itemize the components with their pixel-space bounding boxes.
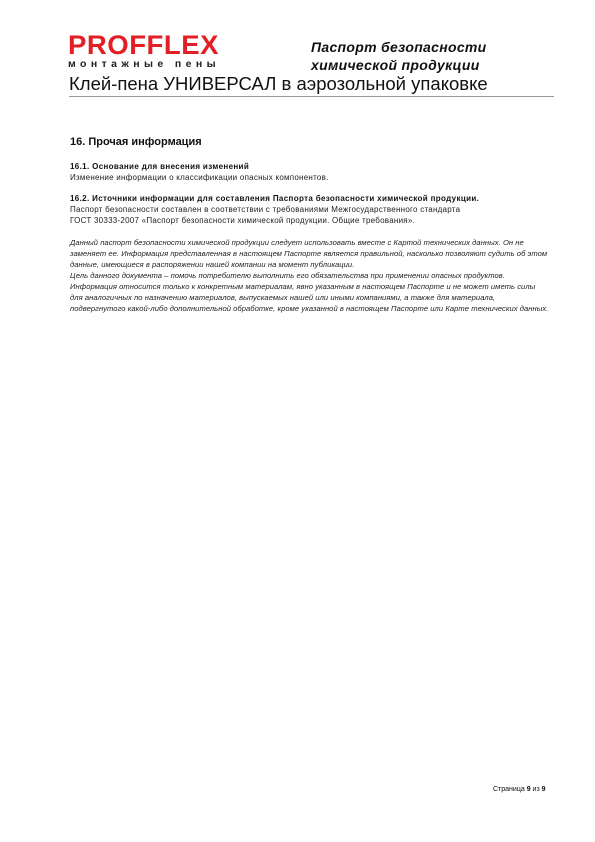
- page-total: 9: [542, 786, 546, 793]
- document-type-line2: химической продукции: [311, 56, 487, 74]
- subsection-16-2: 16.2. Источники информации для составлен…: [70, 194, 550, 226]
- brand-name: PROFFLEX: [68, 32, 223, 58]
- document-body: 16. Прочая информация 16.1. Основание дл…: [70, 135, 550, 314]
- section-title: 16. Прочая информация: [70, 135, 550, 149]
- subsection-text-line: ГОСТ 30333-2007 «Паспорт безопасности хи…: [70, 215, 550, 226]
- header-divider: [69, 96, 554, 97]
- subsection-text-line: Паспорт безопасности составлен в соответ…: [70, 204, 550, 215]
- brand-logo: PROFFLEX монтажные пены: [68, 32, 220, 70]
- subsection-16-1: 16.1. Основание для внесения изменений И…: [70, 162, 550, 183]
- product-title: Клей-пена УНИВЕРСАЛ в аэрозольной упаков…: [69, 74, 488, 94]
- page-label: Страница: [493, 786, 525, 793]
- page-current: 9: [527, 786, 531, 793]
- disclaimer-paragraph: Цель данного документа – помочь потребит…: [70, 270, 550, 314]
- subsection-title: 16.2. Источники информации для составлен…: [70, 194, 550, 204]
- disclaimer-paragraph: Данный паспорт безопасности химической п…: [70, 237, 550, 270]
- document-type: Паспорт безопасности химической продукци…: [311, 38, 487, 74]
- document-type-line1: Паспорт безопасности: [311, 38, 487, 56]
- subsection-text: Изменение информации о классификации опа…: [70, 172, 550, 183]
- page-of: из: [533, 786, 540, 793]
- page-number: Страница 9 из 9: [493, 785, 546, 794]
- disclaimer-note: Данный паспорт безопасности химической п…: [70, 237, 550, 314]
- subsection-title: 16.1. Основание для внесения изменений: [70, 162, 550, 172]
